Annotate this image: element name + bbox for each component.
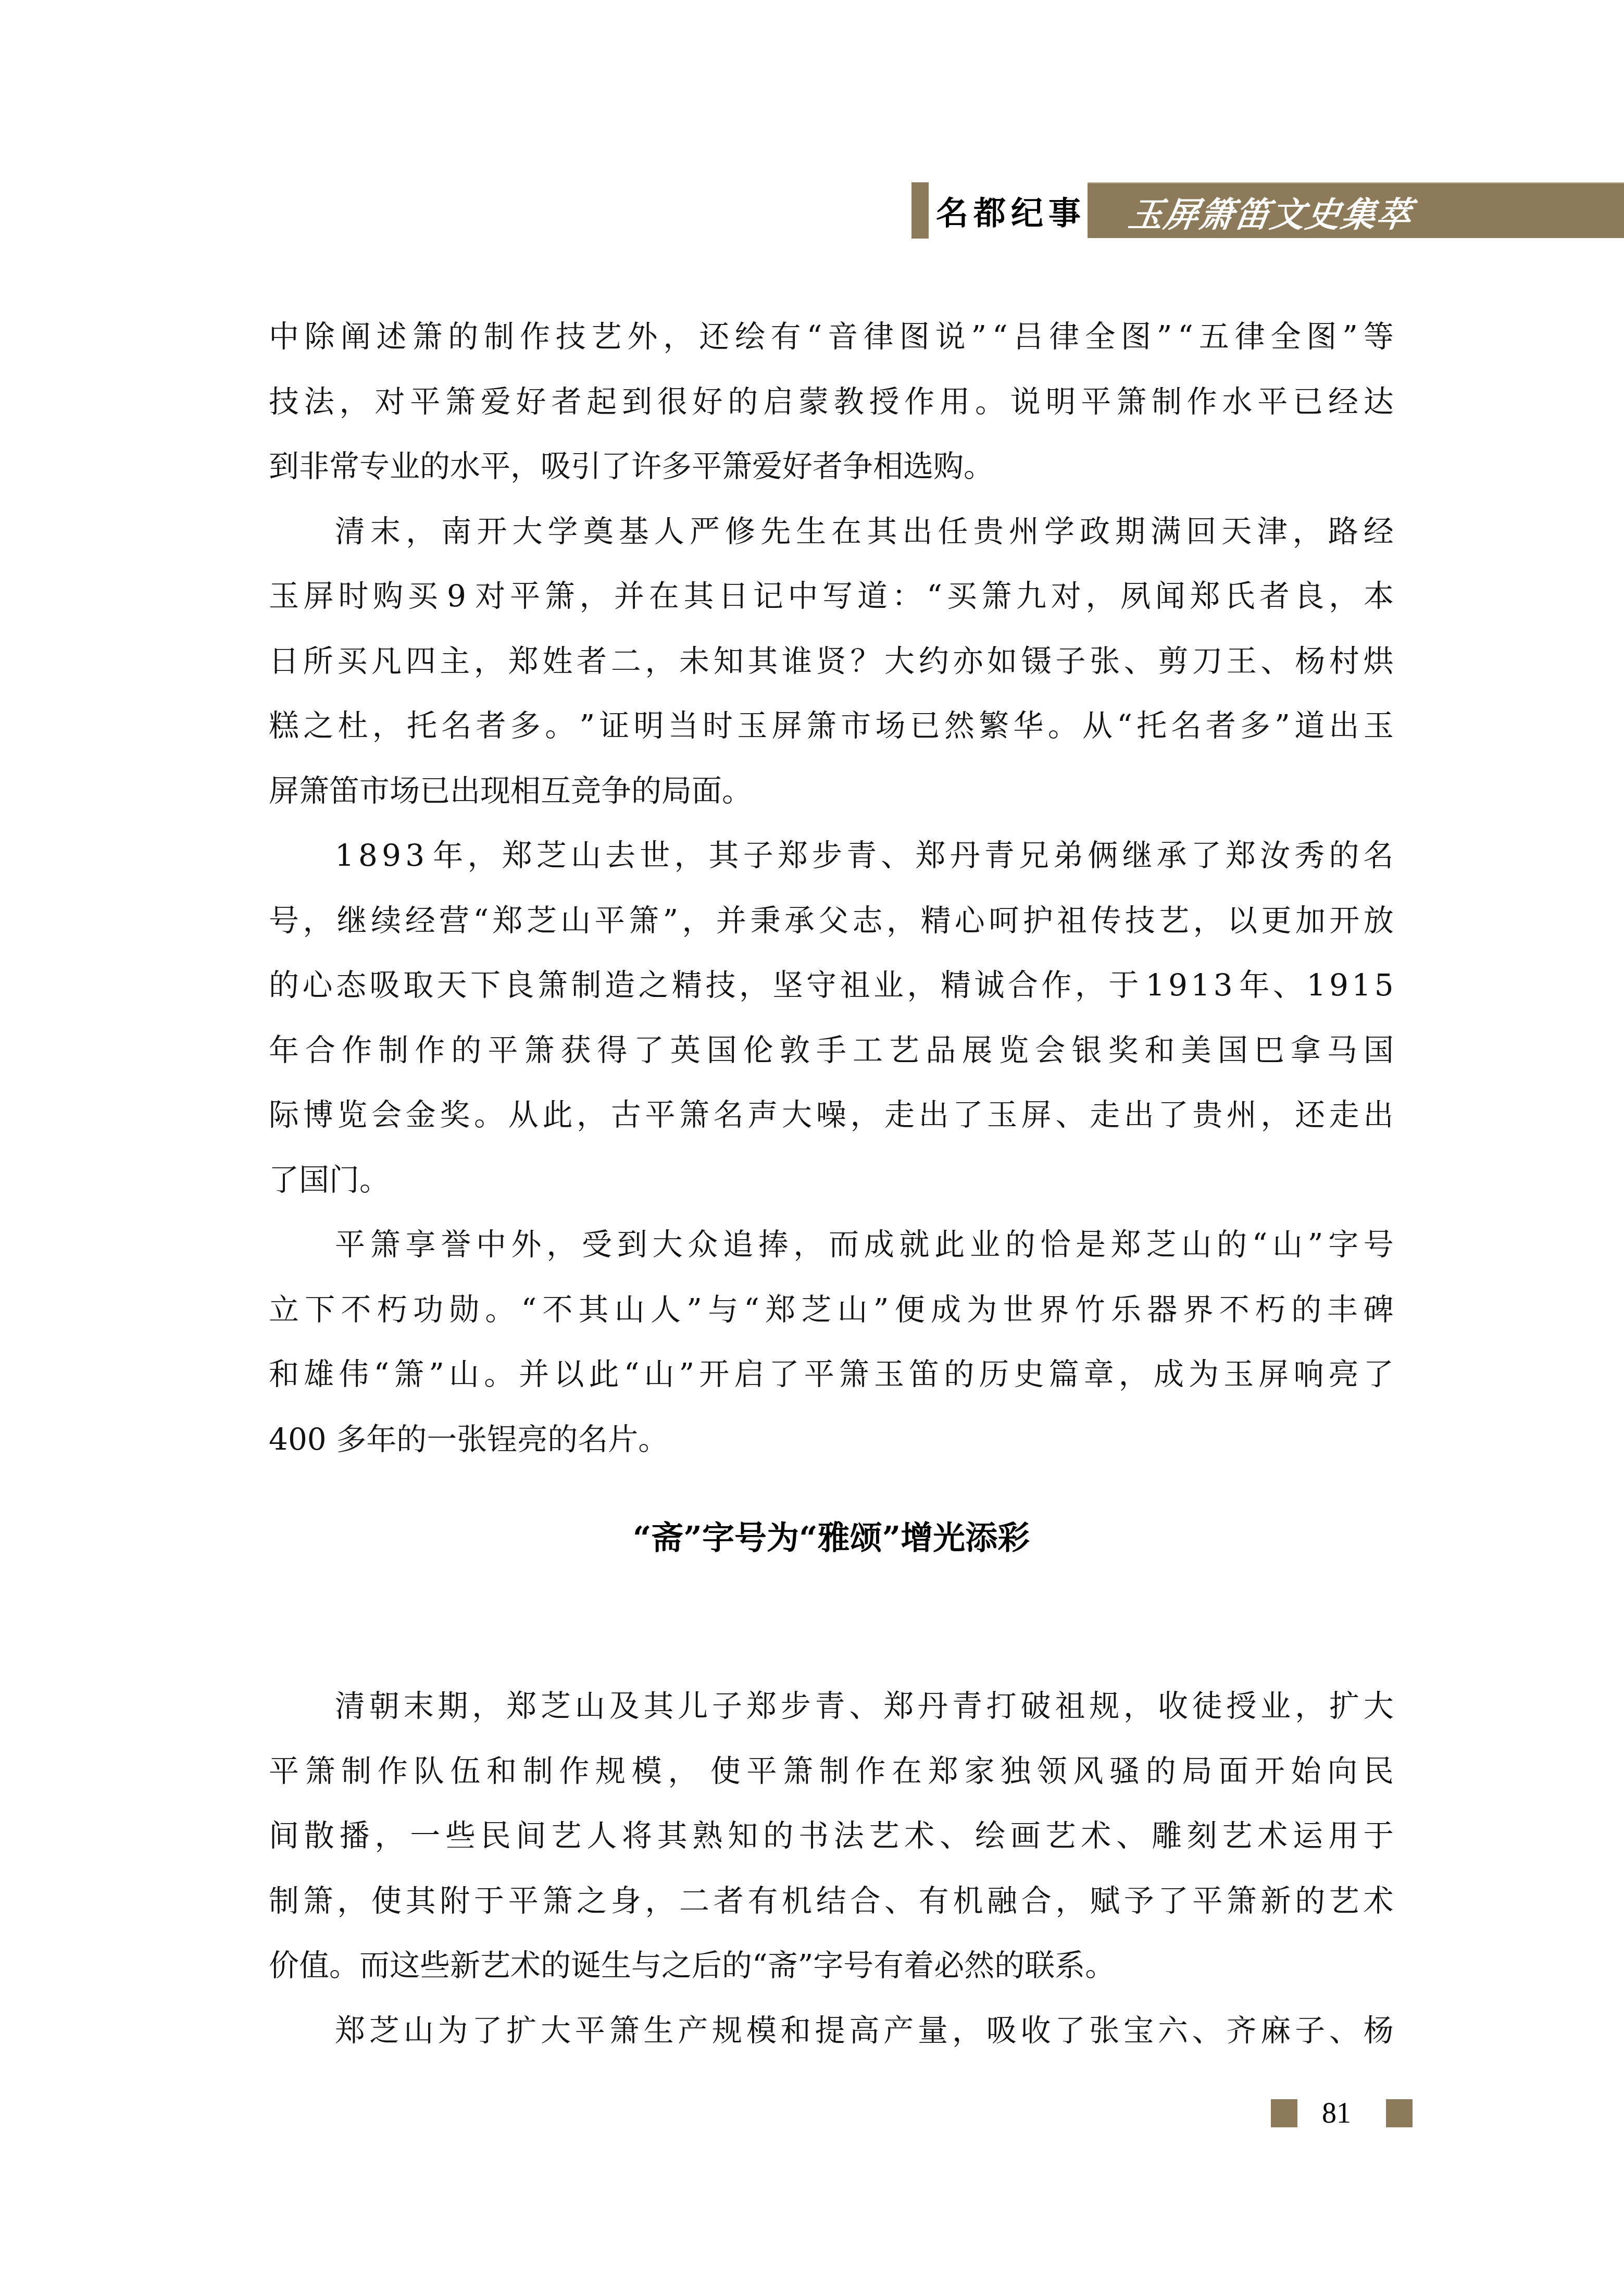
paragraph: 清朝末期，郑芝山及其儿子郑步青、郑丹青打破祖规，收徒授业，扩大平箫制作队伍和制作… (269, 1674, 1394, 1998)
paragraph: 郑芝山为了扩大平箫生产规模和提高产量，吸收了张宝六、齐麻子、杨 (269, 1998, 1394, 2063)
text-line: 平箫享誉中外，受到大众追捧，而成就此业的恰是郑芝山的“山”字号 (269, 1212, 1394, 1277)
text-line: 屏箫笛市场已出现相互竞争的局面。 (269, 758, 1394, 824)
text-line: 清末，南开大学奠基人严修先生在其出任贵州学政期满回天津，路经 (269, 499, 1394, 564)
body-text-block-b: 清朝末期，郑芝山及其儿子郑步青、郑丹青打破祖规，收徒授业，扩大平箫制作队伍和制作… (269, 1674, 1394, 2063)
page-number-ornament-left (1271, 2099, 1297, 2127)
header-book-title: 玉屏箫笛文史集萃 (1126, 191, 1415, 232)
text-line: 中除阐述箫的制作技艺外，还绘有“音律图说”“吕律全图”“五律全图”等 (269, 304, 1394, 369)
text-line: 400 多年的一张锃亮的名片。 (269, 1407, 1394, 1472)
header-title-band: 玉屏箫笛文史集萃 (1088, 182, 1624, 238)
text-line: 糕之杜，托名者多。”证明当时玉屏箫市场已然繁华。从“托名者多”道出玉 (269, 693, 1394, 758)
paragraph: 清末，南开大学奠基人严修先生在其出任贵州学政期满回天津，路经玉屏时购买 9 对平… (269, 499, 1394, 824)
text-line: 立下不朽功勋。“不其山人”与“郑芝山”便成为世界竹乐器界不朽的丰碑 (269, 1277, 1394, 1342)
text-line: 清朝末期，郑芝山及其儿子郑步青、郑丹青打破祖规，收徒授业，扩大 (269, 1674, 1394, 1739)
text-line: 号，继续经营“郑芝山平箫”，并秉承父志，精心呵护祖传技艺，以更加开放 (269, 888, 1394, 953)
text-line: 技法，对平箫爱好者起到很好的启蒙教授作用。说明平箫制作水平已经达 (269, 369, 1394, 434)
section-heading: “斋”字号为“雅颂”增光添彩 (269, 1508, 1394, 1568)
text-line: 玉屏时购买 9 对平箫，并在其日记中写道：“买箫九对，夙闻郑氏者良，本 (269, 564, 1394, 629)
text-line: 年合作制作的平箫获得了英国伦敦手工艺品展览会银奖和美国巴拿马国 (269, 1018, 1394, 1083)
header-section-label: 名都纪事 (935, 182, 1086, 239)
body-text-block-a: 中除阐述箫的制作技艺外，还绘有“音律图说”“吕律全图”“五律全图”等技法，对平箫… (269, 304, 1394, 1472)
text-line: 的心态吸取天下良箫制造之精技，坚守祖业，精诚合作，于 1913 年、1915 (269, 953, 1394, 1018)
text-line: 制箫，使其附于平箫之身，二者有机结合、有机融合，赋予了平箫新的艺术 (269, 1868, 1394, 1934)
text-line: 价值。而这些新艺术的诞生与之后的“斋”字号有着必然的联系。 (269, 1933, 1394, 1998)
paragraph: 中除阐述箫的制作技艺外，还绘有“音律图说”“吕律全图”“五律全图”等技法，对平箫… (269, 304, 1394, 499)
header-accent-bar (911, 182, 929, 239)
text-line: 间散播，一些民间艺人将其熟知的书法艺术、绘画艺术、雕刻艺术运用于 (269, 1803, 1394, 1868)
text-line: 了国门。 (269, 1148, 1394, 1213)
text-line: 际博览会金奖。从此，古平箫名声大噪，走出了玉屏、走出了贵州，还走出 (269, 1082, 1394, 1148)
paragraph: 1893 年，郑芝山去世，其子郑步青、郑丹青兄弟俩继承了郑汝秀的名号，继续经营“… (269, 823, 1394, 1212)
text-line: 和雄伟“箫”山。并以此“山”开启了平箫玉笛的历史篇章，成为玉屏响亮了 (269, 1342, 1394, 1407)
text-line: 日所买凡四主，郑姓者二，未知其谁贤？大约亦如镊子张、剪刀王、杨村烘 (269, 629, 1394, 694)
text-line: 1893 年，郑芝山去世，其子郑步青、郑丹青兄弟俩继承了郑汝秀的名 (269, 823, 1394, 888)
text-line: 到非常专业的水平，吸引了许多平箫爱好者争相选购。 (269, 434, 1394, 499)
text-line: 郑芝山为了扩大平箫生产规模和提高产量，吸收了张宝六、齐麻子、杨 (269, 1998, 1394, 2063)
text-line: 平箫制作队伍和制作规模， 使平箫制作在郑家独领风骚的局面开始向民 (269, 1739, 1394, 1804)
page-number-ornament-right (1386, 2099, 1413, 2127)
page-number: 81 (1302, 2094, 1371, 2133)
paragraph: 平箫享誉中外，受到大众追捧，而成就此业的恰是郑芝山的“山”字号立下不朽功勋。“不… (269, 1212, 1394, 1472)
